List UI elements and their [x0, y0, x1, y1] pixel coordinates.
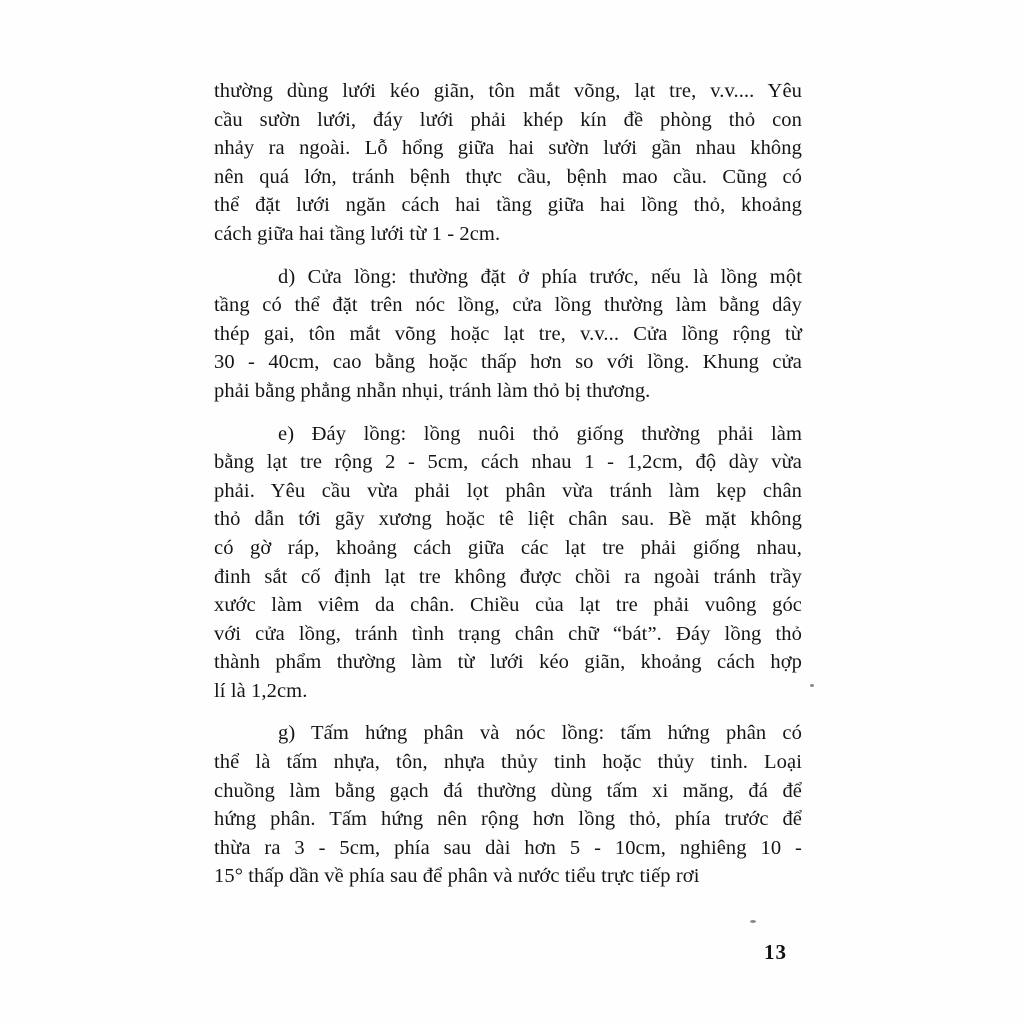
text-line: với cửa lồng, tránh tình trạng chân chữ …	[214, 620, 802, 649]
paragraph: d) Cửa lồng: thường đặt ở phía trước, nế…	[214, 263, 802, 406]
book-page: thường dùng lưới kéo giãn, tôn mắt võng,…	[0, 0, 1024, 1024]
text-line: thỏ dẫn tới gãy xương hoặc tê liệt chân …	[214, 505, 802, 534]
paragraph: g) Tấm hứng phân và nóc lồng: tấm hứng p…	[214, 719, 802, 891]
text-line: chuồng làm bằng gạch đá thường dùng tấm …	[214, 777, 802, 806]
text-line: cầu sườn lưới, đáy lưới phải khép kín đề…	[214, 106, 802, 135]
text-line: thể là tấm nhựa, tôn, nhựa thủy tinh hoặ…	[214, 748, 802, 777]
text-line: cách giữa hai tầng lưới từ 1 - 2cm.	[214, 220, 802, 249]
text-line: xước làm viêm da chân. Chiều của lạt tre…	[214, 591, 802, 620]
paragraph: thường dùng lưới kéo giãn, tôn mắt võng,…	[214, 77, 802, 249]
text-line: đinh sắt cố định lạt tre không được chồi…	[214, 563, 802, 592]
text-line: hứng phân. Tấm hứng nên rộng hơn lồng th…	[214, 805, 802, 834]
text-line: d) Cửa lồng: thường đặt ở phía trước, nế…	[214, 263, 802, 292]
text-line: thường dùng lưới kéo giãn, tôn mắt võng,…	[214, 77, 802, 106]
page-number: 13	[764, 940, 787, 965]
text-line: nhảy ra ngoài. Lỗ hổng giữa hai sườn lướ…	[214, 134, 802, 163]
text-line: nên quá lớn, tránh bệnh thực cầu, bệnh m…	[214, 163, 802, 192]
text-line: phải. Yêu cầu vừa phải lọt phân vừa trán…	[214, 477, 802, 506]
text-line: tầng có thể đặt trên nóc lồng, cửa lồng …	[214, 291, 802, 320]
text-line: g) Tấm hứng phân và nóc lồng: tấm hứng p…	[214, 719, 802, 748]
text-line: 15° thấp dần về phía sau để phân và nước…	[214, 862, 802, 891]
text-line: e) Đáy lồng: lồng nuôi thỏ giống thường …	[214, 420, 802, 449]
text-line: thép gai, tôn mắt võng hoặc lạt tre, v.v…	[214, 320, 802, 349]
text-line: lí là 1,2cm.	[214, 677, 802, 706]
text-line: bằng lạt tre rộng 2 - 5cm, cách nhau 1 -…	[214, 448, 802, 477]
text-line: thể đặt lưới ngăn cách hai tầng giữa hai…	[214, 191, 802, 220]
paragraph: e) Đáy lồng: lồng nuôi thỏ giống thường …	[214, 420, 802, 706]
text-line: 30 - 40cm, cao bằng hoặc thấp hơn so với…	[214, 348, 802, 377]
scan-speck	[750, 920, 756, 923]
scan-speck	[810, 684, 814, 687]
text-line: thừa ra 3 - 5cm, phía sau dài hơn 5 - 10…	[214, 834, 802, 863]
text-line: thành phẩm thường làm từ lưới kéo giãn, …	[214, 648, 802, 677]
text-line: phải bằng phẳng nhẵn nhụi, tránh làm thỏ…	[214, 377, 802, 406]
text-line: có gờ ráp, khoảng cách giữa các lạt tre …	[214, 534, 802, 563]
text-block: thường dùng lưới kéo giãn, tôn mắt võng,…	[214, 77, 802, 905]
